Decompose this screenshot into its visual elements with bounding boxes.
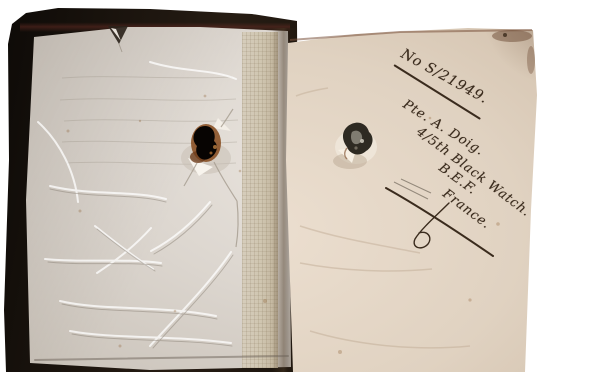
photo-canvas: No S/21949. Pte. A. Doig. 4/5th Black Wa… — [0, 0, 597, 372]
